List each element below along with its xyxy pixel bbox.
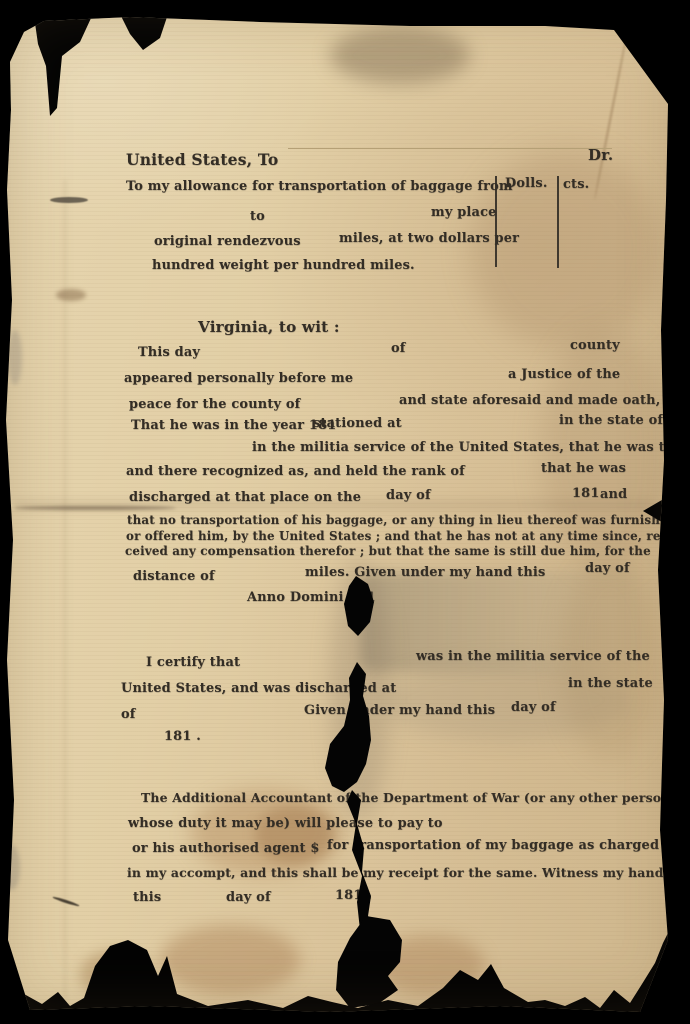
form-text-for-transportation: for transportation of my baggage as char…	[327, 838, 659, 853]
form-text-day-of-2: day of	[585, 561, 630, 576]
form-text-stationed-at: stationed at	[313, 416, 402, 431]
form-text-state-aforesaid: and state aforesaid and made oath,	[399, 393, 660, 408]
form-text-ceived-compensation: ceived any compensation therefor ; but t…	[125, 544, 651, 558]
form-text-discharged-place: discharged at that place on the	[129, 490, 361, 505]
form-text-that-he-was: that he was	[541, 461, 626, 476]
document-scan: United States, ToDr.To my allowance for …	[0, 0, 690, 1024]
form-text-no-transportation: that no transportation of his baggage, o…	[127, 513, 676, 527]
form-text-cts-header: cts.	[563, 177, 589, 192]
form-text-day-of-1: day of	[386, 488, 431, 503]
form-text-recognized-rank: and there recognized as, and held the ra…	[126, 464, 465, 479]
form-text-miles-two-dollars: miles, at two dollars per	[339, 231, 519, 246]
form-text-181-a: 181	[572, 486, 600, 501]
form-text-distance-of: distance of	[133, 569, 215, 584]
form-text-and-word: and	[600, 487, 627, 502]
form-text-miles-given-hand: miles. Given under my hand this	[305, 565, 545, 580]
form-text-in-state-of-1: in the state of	[559, 413, 663, 428]
form-text-of-blank-2: of	[121, 707, 136, 722]
form-text-peace-county: peace for the county of	[129, 397, 300, 412]
form-text-appeared-personally: appeared personally before me	[124, 371, 353, 386]
form-text-of-blank-1: of	[391, 341, 406, 356]
form-text-authorised-agent: or his authorised agent $	[132, 841, 320, 856]
form-text-original-rendezvous: original rendezvous	[154, 234, 301, 249]
form-text-181-b: 181 .	[164, 729, 201, 744]
form-text-day-of-3: day of	[511, 700, 556, 715]
form-text-dolls-header: Dolls.	[505, 176, 548, 191]
form-text-this-day: This day	[138, 345, 200, 360]
form-text-or-offered: or offered him, by the United States ; a…	[126, 529, 666, 543]
form-text-virginia-to-wit: Virginia, to wit :	[198, 318, 340, 336]
form-text-given-hand-2: Given under my hand this	[304, 703, 495, 718]
form-text-my-place: my place	[431, 205, 497, 220]
form-text-county: county	[570, 338, 620, 353]
form-text-year-181: That he was in the year 181	[131, 418, 336, 433]
form-text-i-certify: I certify that	[146, 655, 240, 670]
text-layer: United States, ToDr.To my allowance for …	[0, 0, 690, 1024]
form-text-whose-duty: whose duty it may be) will please to pay…	[128, 816, 443, 831]
form-text-day-of-4: day of	[226, 890, 271, 905]
paper-sheet: United States, ToDr.To my allowance for …	[0, 0, 690, 1024]
form-text-allowance-line: To my allowance for transportation of ba…	[126, 179, 513, 194]
form-text-accompt-receipt: in my accompt, and this shall be my rece…	[127, 865, 664, 880]
form-text-dr: Dr.	[588, 146, 613, 164]
form-text-hundred-weight: hundred weight per hundred miles.	[152, 258, 415, 273]
form-text-was-militia-service: was in the militia service of the	[416, 649, 650, 664]
form-text-justice-of-the: a Justice of the	[508, 367, 620, 382]
form-text-to-blank: to	[250, 209, 265, 224]
form-text-this-word: this	[133, 890, 161, 905]
form-text-in-the-state: in the state	[568, 676, 653, 691]
form-text-militia-service-then: in the militia service of the United Sta…	[252, 440, 690, 455]
form-text-accountant-war: The Additional Accountant of the Departm…	[141, 790, 670, 805]
form-text-united-states-to: United States, To	[126, 150, 278, 169]
